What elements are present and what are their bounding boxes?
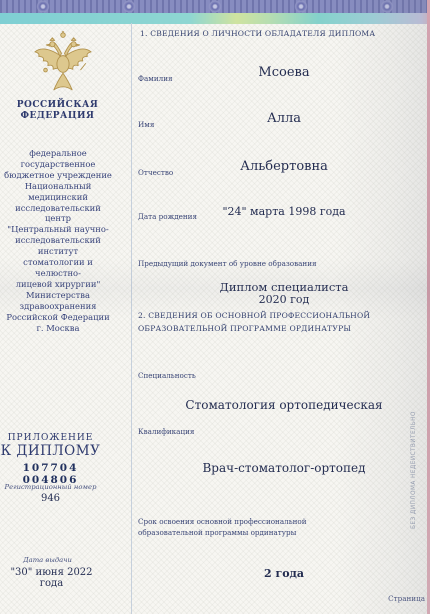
section1-title: 1. СВЕДЕНИЯ О ЛИЧНОСТИ ОБЛАДАТЕЛЯ ДИПЛОМ… [140,27,410,40]
supplement-title-line1: ПРИЛОЖЕНИЕ [0,433,101,443]
duration-label: Срок освоения основной профессиональной … [138,516,408,538]
diploma-supplement-page: РОССИЙСКАЯ ФЕДЕРАЦИЯ федеральное государ… [0,0,430,614]
surname-value: Мсоева [150,65,418,80]
issue-date-value: "30" июня 2022 года [4,567,99,589]
name-value: Алла [150,111,418,126]
registration-number-label: Регистрационный номер [0,483,101,491]
specialty-label: Специальность [138,370,196,381]
page-footer-label: Страница [370,594,425,603]
specialty-value: Стоматология ортопедическая [150,398,418,412]
teal-band [0,13,430,24]
registration-number-value: 946 [0,493,101,504]
issue-date-label: Дата выдачи [0,556,95,564]
qualification-label: Квалификация [138,426,194,437]
previous-document-label: Предыдущий документ об уровне образовани… [138,258,408,269]
section2-title: 2. СВЕДЕНИЯ ОБ ОСНОВНОЙ ПРОФЕССИОНАЛЬНОЙ… [138,309,418,335]
column-divider [131,23,132,614]
qualification-value: Врач-стоматолог-ортопед [150,461,418,475]
russian-coat-of-arms-icon [25,26,101,102]
birth-date-value: "24" марта 1998 года [150,205,418,218]
supplement-title-line2: К ДИПЛОМУ [0,443,101,459]
previous-document-value-line1: Диплом специалиста [150,280,418,294]
patronymic-value: Альбертовна [150,159,418,174]
previous-document-value-line2: 2020 год [150,293,418,306]
country-title: РОССИЙСКАЯ ФЕДЕРАЦИЯ [0,100,115,122]
institution-name: федеральное государственное бюджетное уч… [2,148,114,333]
duration-value: 2 года [150,567,418,580]
without-diploma-invalid-edge-text: БЕЗ ДИПЛОМА НЕДЕЙСТВИТЕЛЬНО [411,393,423,548]
guilloche-band [0,0,430,13]
